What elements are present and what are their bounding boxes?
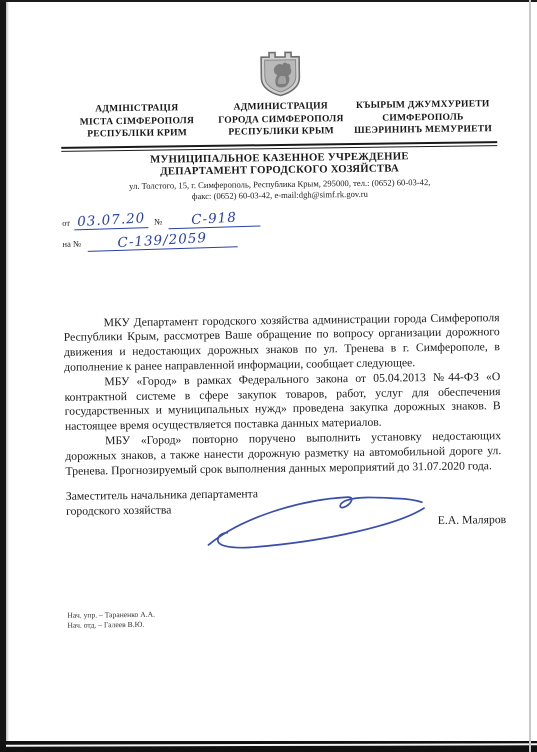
outgoing-number-field: С-918	[168, 209, 260, 229]
handwritten-reply-number: С-139/2059	[117, 230, 207, 251]
simferopol-coat-of-arms-icon	[254, 50, 307, 98]
number-label: №	[154, 216, 162, 228]
org-left-line2: МІСТА СІМФЕРОПОЛЯ	[61, 114, 213, 128]
handwritten-number: С-918	[191, 209, 238, 228]
letterhead: АДМІНІСТРАЦІЯ МІСТА СІМФЕРОПОЛЯ РЕСПУБЛІ…	[60, 47, 497, 141]
reference-block: от 03.07.20 № С-918 на № С-139/2059	[62, 203, 499, 251]
org-right-line1: КЪЫРЫМ ДЖУМХУРИЕТИ	[349, 98, 497, 112]
letter-document: АДМІНІСТРАЦІЯ МІСТА СІМФЕРОПОЛЯ РЕСПУБЛІ…	[60, 47, 504, 630]
org-name-ukrainian: АДМІНІСТРАЦІЯ МІСТА СІМФЕРОПОЛЯ РЕСПУБЛІ…	[61, 102, 213, 141]
signer-name: Е.А. Маляров	[438, 514, 507, 528]
org-center-line1: АДМИНИСТРАЦИЯ	[234, 100, 328, 114]
org-center-line3: РЕСПУБЛИКИ КРЫМ	[228, 125, 334, 139]
org-name-russian: АДМИНИСТРАЦИЯ ГОРОДА СИМФЕРОПОЛЯ РЕСПУБЛ…	[217, 49, 344, 139]
paragraph-1: МКУ Департамент городского хозяйства адм…	[63, 311, 500, 376]
scan-border-bottom	[0, 741, 537, 752]
org-left-line3: РЕСПУБЛІКИ КРИМ	[61, 127, 213, 141]
handwritten-signature	[198, 486, 435, 561]
reply-to-label: на №	[62, 238, 81, 250]
paragraph-3: МБУ «Город» повторно поручено выполнить …	[65, 429, 502, 479]
letter-body: МКУ Департамент городского хозяйства адм…	[63, 311, 501, 479]
scan-border-top	[0, 0, 537, 2]
paragraph-2: МБУ «Город» в рамках Федерального закона…	[64, 370, 501, 435]
scan-border-right	[529, 0, 531, 752]
org-name-crimean-tatar: КЪЫРЫМ ДЖУМХУРИЕТИ СИМФЕРОПОЛЬ ШЕЭРИНИНЪ…	[349, 98, 497, 137]
institution-name: МУНИЦИПАЛЬНОЕ КАЗЕННОЕ УЧРЕЖДЕНИЕ ДЕПАРТ…	[61, 149, 497, 180]
from-label: от	[62, 217, 70, 229]
outgoing-date-field: 03.07.20	[74, 211, 148, 230]
incoming-number-field: С-139/2059	[87, 230, 237, 252]
handwritten-date: 03.07.20	[77, 210, 146, 230]
institution-address: ул. Толстого, 15, г. Симферополь, Респуб…	[62, 176, 498, 204]
org-right-line3: ШЕЭРИНИНЪ МЕМУРИЕТИ	[349, 123, 497, 137]
executor-footer: Нач. упр. – Тараненко А.А. Нач. отд. – Г…	[67, 606, 503, 631]
scan-shadow-left	[6, 0, 9, 752]
signature-block: Заместитель начальника департамента горо…	[66, 484, 503, 568]
